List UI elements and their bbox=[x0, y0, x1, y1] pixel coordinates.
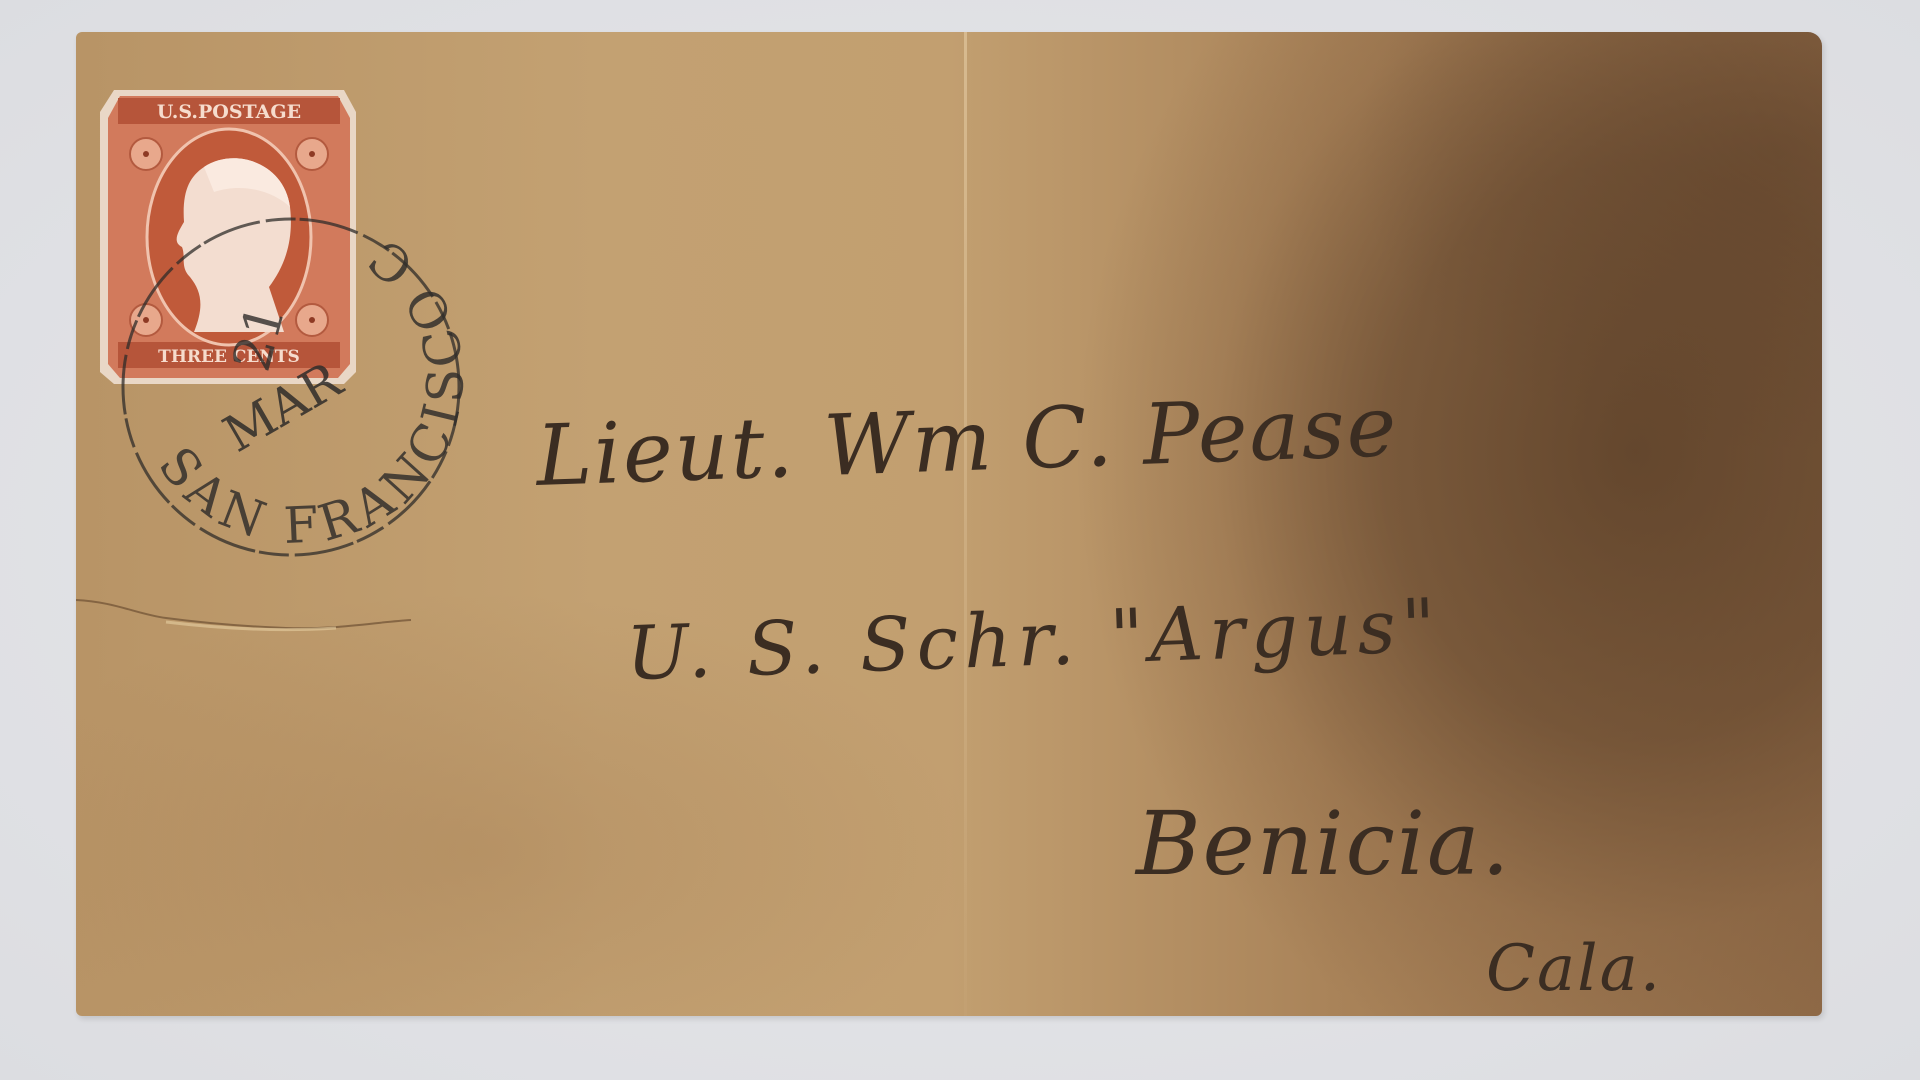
envelope-fold bbox=[964, 32, 967, 1016]
postage-stamp: U.S.POSTAGE THREE CENTS bbox=[94, 72, 372, 402]
address-line-vessel: U. S. Schr. "Argus" bbox=[625, 583, 1443, 697]
envelope: U.S.POSTAGE THREE CENTS SAN FRANCISCO Ca… bbox=[76, 32, 1822, 1016]
address-line-recipient: Lieut. Wm C. Pease bbox=[535, 377, 1400, 505]
address-line-city: Benicia. bbox=[1136, 792, 1511, 895]
stamp-top-text: U.S.POSTAGE bbox=[157, 101, 301, 123]
address-line-state: Cala. bbox=[1486, 932, 1662, 1006]
envelope-crease bbox=[76, 592, 416, 632]
stamp-bottom-text: THREE CENTS bbox=[158, 347, 300, 367]
